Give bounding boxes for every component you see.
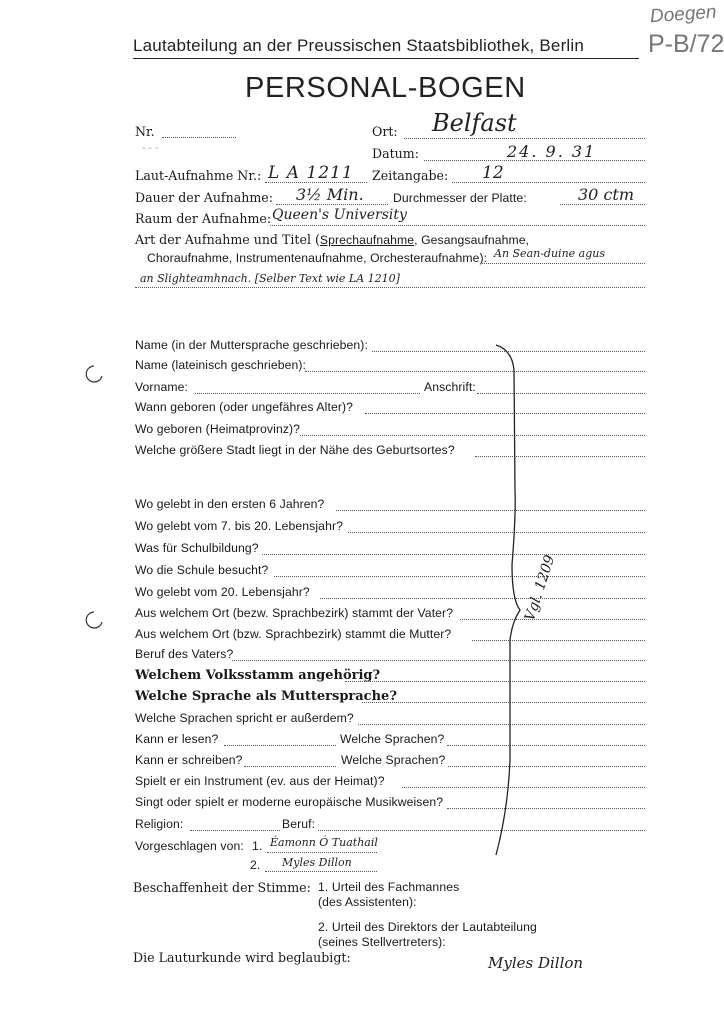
field-label: Welche Sprachen spricht er außerdem? <box>135 711 354 725</box>
field-label: Welche Sprache als Muttersprache? <box>135 689 397 704</box>
laut-aufnahme-nr-value: L A 1211 <box>268 163 354 183</box>
field-label: Vorname: <box>135 380 188 394</box>
judgement2-line1: 2. Urteil des Direktors der Lautabteilun… <box>318 920 537 934</box>
durchmesser-value: 30 ctm <box>578 185 634 204</box>
field-input[interactable] <box>300 435 645 436</box>
field-input[interactable] <box>318 830 645 831</box>
voice-label: Beschaffenheit der Stimme: <box>133 880 311 895</box>
datum-label: Datum: <box>372 146 419 161</box>
field-label: Spielt er ein Instrument (ev. aus der He… <box>135 774 385 788</box>
field-label: Was für Schulbildung? <box>135 541 259 555</box>
durchmesser-field[interactable] <box>560 204 645 205</box>
field-label: Wo die Schule besucht? <box>135 563 268 577</box>
field-label: Religion: <box>135 817 183 831</box>
field-label: Aus welchem Ort (bzw. Sprachbezirk) stam… <box>135 627 451 641</box>
field-label: Wo gelebt vom 7. bis 20. Lebensjahr? <box>135 519 343 533</box>
archive-stamp-name: Doegen <box>649 2 717 29</box>
zeitangabe-field[interactable] <box>452 182 645 183</box>
header-underline <box>133 58 639 59</box>
dauer-label: Dauer der Aufnahme: <box>135 190 273 205</box>
zeitangabe-value: 12 <box>482 163 504 183</box>
institution-header: Lautabteilung an der Preussischen Staats… <box>133 36 584 56</box>
field-label: Kann er lesen? <box>135 732 218 746</box>
zeitangabe-label: Zeitangabe: <box>372 168 448 183</box>
field-label: Beruf: <box>282 817 315 831</box>
field-input[interactable] <box>305 371 645 372</box>
art-value-line1: An Sean-duine agus <box>494 247 605 260</box>
field-label: Welche größere Stadt liegt in der Nähe d… <box>135 443 455 457</box>
field-label: Singt oder spielt er moderne europäische… <box>135 795 443 809</box>
dauer-value: 3½ Min. <box>296 185 364 204</box>
field-label: Beruf des Vaters? <box>135 647 233 661</box>
raum-label: Raum der Aufnahme: <box>135 211 271 226</box>
proposed-num-2: 2. <box>250 858 260 872</box>
ort-field[interactable] <box>404 138 645 139</box>
raum-field[interactable] <box>270 225 645 226</box>
proposed-label: Vorgeschlagen von: <box>135 839 244 853</box>
ort-value: Belfast <box>432 109 517 137</box>
dauer-field[interactable] <box>276 204 388 205</box>
proposed-value-1: Éamonn Ó Tuathail <box>270 836 378 849</box>
archive-stamp-code: P-B/72 <box>648 30 724 59</box>
art-field-line2[interactable] <box>135 287 645 288</box>
art-label-prefix: Art der Aufnahme und Titel ( <box>135 232 320 247</box>
field-label: Anschrift: <box>424 380 476 394</box>
art-value-line2: an Slighteamhnach. [Selber Text wie LA 1… <box>140 272 400 285</box>
art-field-line1[interactable] <box>482 263 645 264</box>
certification-signature: Myles Dillon <box>488 954 583 972</box>
field-label: Aus welchem Ort (bezw. Sprachbezirk) sta… <box>135 606 453 620</box>
ort-label: Ort: <box>372 124 398 139</box>
laut-aufnahme-nr-label: Laut-Aufnahme Nr.: <box>135 168 261 183</box>
raum-value: Queen's University <box>272 207 407 223</box>
proposed-field-1[interactable] <box>267 852 377 853</box>
field-label: Wo gelebt vom 20. Lebensjahr? <box>135 585 310 599</box>
field-label: Kann er schreiben? <box>135 753 243 767</box>
judgement1-line1: 1. Urteil des Fachmannes <box>318 880 459 894</box>
field-label: Welchem Volksstamm angehörig? <box>135 668 380 683</box>
art-label-line2: Choraufnahme, Instrumentenaufnahme, Orch… <box>147 251 487 265</box>
faint-marks: - - - <box>142 143 159 154</box>
field-input[interactable] <box>262 554 645 555</box>
field-input[interactable] <box>190 830 280 831</box>
punch-mark-icon <box>82 608 106 632</box>
durchmesser-label: Durchmesser der Platte: <box>393 191 527 205</box>
proposed-value-2: Myles Dillon <box>282 856 352 869</box>
field-label: Wo geboren (Heimatprovinz)? <box>135 422 300 436</box>
field-label: Name (lateinisch geschrieben): <box>135 358 306 372</box>
field-input[interactable] <box>274 576 645 577</box>
judgement1-line2: (des Assistenten): <box>318 895 417 909</box>
field-input[interactable] <box>320 598 645 599</box>
art-label: Art der Aufnahme und Titel (Sprechaufnah… <box>135 232 529 248</box>
art-selected-option: Sprechaufnahme <box>320 233 414 247</box>
field-label: Name (in der Muttersprache geschrieben): <box>135 338 368 352</box>
certification-label: Die Lauturkunde wird beglaubigt: <box>133 950 351 965</box>
field-input[interactable] <box>232 660 645 661</box>
art-label-suffix: , Gesangsaufnahme, <box>414 233 529 247</box>
datum-value: 24. 9. 31 <box>507 142 596 161</box>
judgement2-line2: (seines Stellvertreters): <box>318 935 446 949</box>
nr-label: Nr. <box>135 124 155 139</box>
page-title: PERSONAL-BOGEN <box>245 72 526 105</box>
field-label: Welche Sprachen? <box>341 753 445 767</box>
punch-mark-icon <box>82 362 106 386</box>
proposed-num-1: 1. <box>252 839 262 853</box>
proposed-field-2[interactable] <box>265 871 377 872</box>
field-input[interactable] <box>195 393 420 394</box>
field-input[interactable] <box>460 619 645 620</box>
field-input[interactable] <box>244 766 336 767</box>
field-label: Wann geboren (oder ungefähres Alter)? <box>135 400 353 414</box>
field-label: Welche Sprachen? <box>340 732 444 746</box>
nr-field[interactable] <box>162 137 236 138</box>
field-input[interactable] <box>224 745 336 746</box>
field-label: Wo gelebt in den ersten 6 Jahren? <box>135 497 324 511</box>
